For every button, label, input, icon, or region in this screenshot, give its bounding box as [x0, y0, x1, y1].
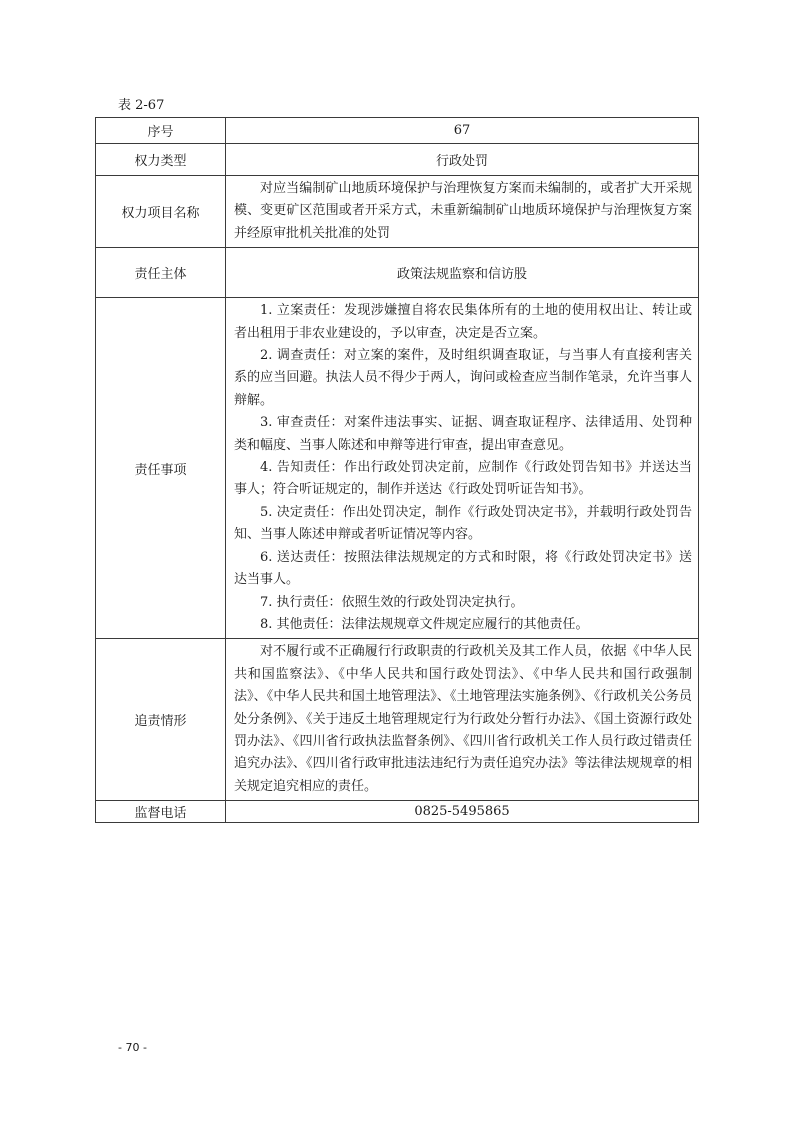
- table-row-item-name: 权力项目名称 对应当编制矿山地质环境保护与治理恢复方案而未编制的，或者扩大开采规…: [96, 176, 699, 248]
- power-type-value: 行政处罚: [226, 144, 699, 176]
- phone-value: 0825-5495865: [226, 801, 699, 823]
- table-row-power-type: 权力类型 行政处罚: [96, 144, 699, 176]
- duty-item: 1. 立案责任：发现涉嫌擅自将农民集体所有的土地的使用权出让、转让或者出租用于非…: [234, 300, 692, 345]
- row-label: 权力类型: [96, 144, 226, 176]
- accountability-value: 对不履行或不正确履行行政职责的行政机关及其工作人员，依据《中华人民共和国监察法》…: [234, 641, 692, 798]
- row-label: 权力项目名称: [96, 176, 226, 248]
- power-list-table: 序号 67 权力类型 行政处罚 权力项目名称 对应当编制矿山地质环境保护与治理恢…: [95, 117, 699, 823]
- row-label: 追责情形: [96, 639, 226, 801]
- serial-number: 67: [226, 118, 699, 144]
- page-number: - 70 -: [118, 1041, 147, 1054]
- duty-item: 7. 执行责任：依照生效的行政处罚决定执行。: [234, 592, 692, 614]
- duty-item: 8. 其他责任：法律法规规章文件规定应履行的其他责任。: [234, 614, 692, 636]
- duty-item: 6. 送达责任：按照法律法规规定的方式和时限，将《行政处罚决定书》送达当事人。: [234, 547, 692, 592]
- table-row-serial: 序号 67: [96, 118, 699, 144]
- duty-item: 5. 决定责任：作出处罚决定，制作《行政处罚决定书》，并载明行政处罚告知、当事人…: [234, 502, 692, 547]
- item-name-value: 对应当编制矿山地质环境保护与治理恢复方案而未编制的，或者扩大开采规模、变更矿区范…: [234, 178, 692, 245]
- row-label: 序号: [96, 118, 226, 144]
- duties-list: 1. 立案责任：发现涉嫌擅自将农民集体所有的土地的使用权出让、转让或者出租用于非…: [226, 298, 699, 639]
- table-caption: 表 2-67: [118, 98, 164, 114]
- row-label: 责任主体: [96, 248, 226, 298]
- duty-item: 4. 告知责任：作出行政处罚决定前，应制作《行政处罚告知书》并送达当事人；符合听…: [234, 457, 692, 502]
- duty-item: 3. 审查责任：对案件违法事实、证据、调查取证程序、法律适用、处罚种类和幅度、当…: [234, 412, 692, 457]
- subject-value: 政策法规监察和信访股: [226, 248, 699, 298]
- table-row-subject: 责任主体 政策法规监察和信访股: [96, 248, 699, 298]
- table-row-duties: 责任事项 1. 立案责任：发现涉嫌擅自将农民集体所有的土地的使用权出让、转让或者…: [96, 298, 699, 639]
- table-row-accountability: 追责情形 对不履行或不正确履行行政职责的行政机关及其工作人员，依据《中华人民共和…: [96, 639, 699, 801]
- row-label: 监督电话: [96, 801, 226, 823]
- duty-item: 2. 调查责任：对立案的案件，及时组织调查取证，与当事人有直接利害关系的应当回避…: [234, 345, 692, 412]
- table-row-phone: 监督电话 0825-5495865: [96, 801, 699, 823]
- row-label: 责任事项: [96, 298, 226, 639]
